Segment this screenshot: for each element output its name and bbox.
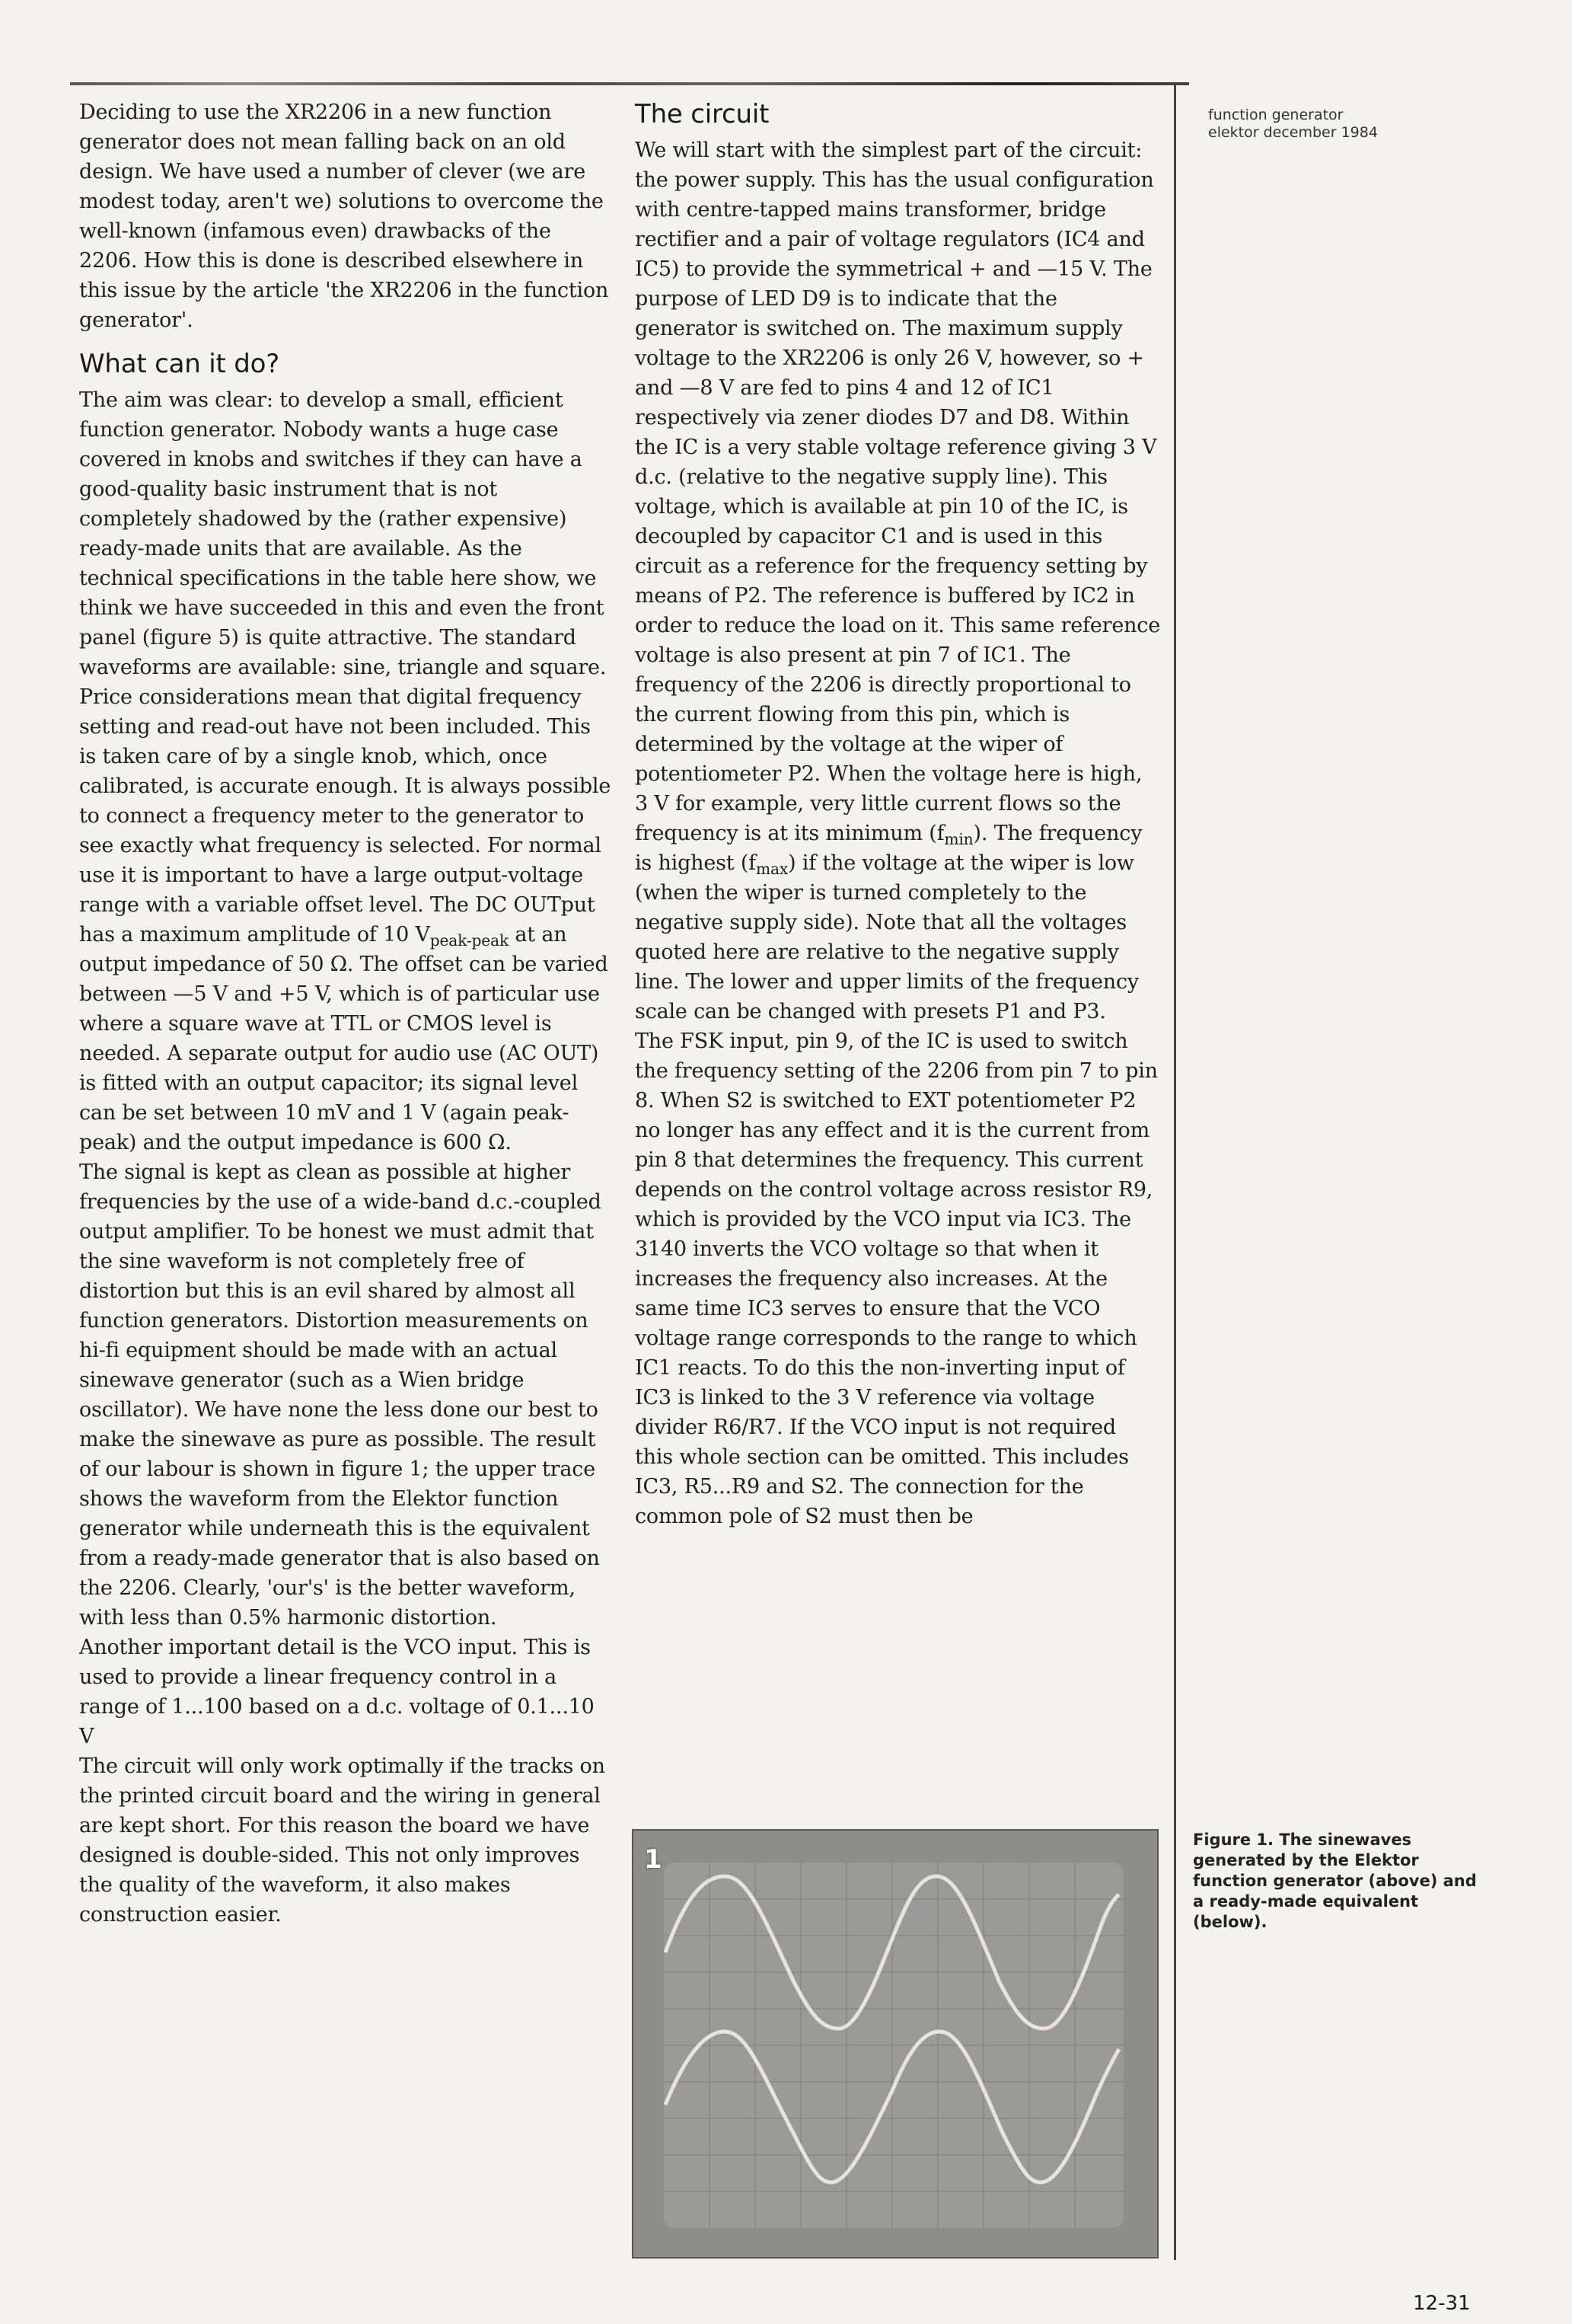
running-header-title: function generator xyxy=(1208,107,1436,124)
body-paragraph: The circuit will only work optimally if … xyxy=(79,1751,612,1930)
section-heading-what-can-it-do: What can it do? xyxy=(79,347,612,381)
subscript: min xyxy=(944,830,973,848)
running-header: function generator elektor december 1984 xyxy=(1208,107,1436,142)
body-paragraph: Another important detail is the VCO inpu… xyxy=(79,1633,612,1751)
section-heading-the-circuit: The circuit xyxy=(635,97,1160,131)
body-paragraph: The signal is kept as clean as possible … xyxy=(79,1157,612,1633)
figure-number: 1 xyxy=(644,1844,662,1875)
body-paragraph: We will start with the simplest part of … xyxy=(635,136,1160,1026)
page-number: 12-31 xyxy=(1413,2292,1471,2315)
oscilloscope-screen xyxy=(664,1863,1124,2228)
body-paragraph: The FSK input, pin 9, of the IC is used … xyxy=(635,1026,1160,1531)
sinewave-traces xyxy=(664,1863,1124,2228)
intro-paragraph: Deciding to use the XR2206 in a new func… xyxy=(79,97,612,335)
subscript: peak-peak xyxy=(430,931,509,950)
column-divider-rule xyxy=(1174,84,1176,2260)
figure-1-caption: Figure 1. The sinewaves generated by the… xyxy=(1193,1830,1482,1933)
left-column: Deciding to use the XR2206 in a new func… xyxy=(79,97,612,1930)
figure-1-oscilloscope-photo: 1 xyxy=(632,1829,1159,2259)
subscript: max xyxy=(756,860,788,878)
running-header-issue: elektor december 1984 xyxy=(1208,124,1436,142)
middle-column: The circuit We will start with the simpl… xyxy=(635,97,1160,1531)
top-rule xyxy=(70,82,1189,85)
body-paragraph: The aim was clear: to develop a small, e… xyxy=(79,385,612,1157)
